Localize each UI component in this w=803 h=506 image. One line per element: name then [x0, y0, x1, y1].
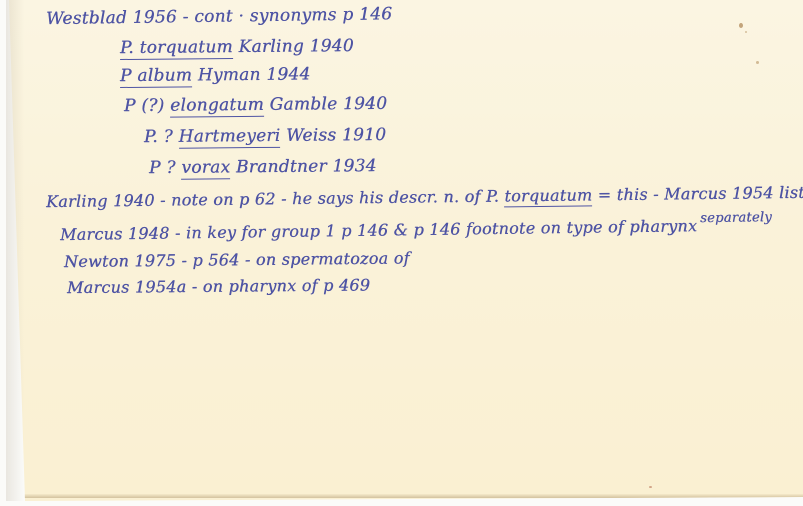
- text-segment: Karling 1940 - note on p 62 - he says hi…: [46, 186, 505, 211]
- handwritten-line-7: Karling 1940 - note on p 62 - he says hi…: [46, 182, 803, 211]
- index-card: Westblad 1956 - cont · synonyms p 146P. …: [0, 0, 803, 501]
- text-segment: Newton 1975 - p 564 - on spermatozoa of: [64, 248, 410, 271]
- text-segment: P ?: [149, 158, 182, 178]
- text-segment: Gamble 1940: [264, 94, 387, 115]
- foxing-speck: [649, 486, 652, 488]
- handwritten-line-4: P (?) elongatum Gamble 1940: [124, 94, 387, 116]
- text-segment: Brandtner 1934: [230, 156, 377, 177]
- handwritten-line-6: P ? vorax Brandtner 1934: [149, 156, 377, 178]
- foxing-speck: [756, 61, 759, 64]
- text-segment: Karling 1940: [233, 36, 354, 57]
- handwritten-line-2: P. torquatum Karling 1940: [120, 36, 354, 58]
- underlined-word: torquatum: [504, 185, 592, 207]
- handwritten-line-5: P. ? Hartmeyeri Weiss 1910: [144, 125, 386, 147]
- text-segment: Marcus 1948 - in key for group 1 p 146 &…: [60, 216, 697, 244]
- underlined-word: elongatum: [170, 95, 264, 118]
- underlined-word: P album: [120, 65, 192, 88]
- underlined-word: P. torquatum: [120, 37, 233, 60]
- foxing-speck: [739, 23, 743, 28]
- text-segment: Marcus 1954a - on pharynx of p 469: [67, 275, 370, 297]
- inserted-word: separately: [700, 210, 772, 226]
- text-segment: Weiss 1910: [280, 125, 386, 146]
- foxing-speck: [745, 31, 747, 33]
- scanned-page: Westblad 1956 - cont · synonyms p 146P. …: [0, 0, 803, 506]
- underlined-word: vorax: [181, 157, 230, 179]
- handwritten-line-1: Westblad 1956 - cont · synonyms p 146: [46, 4, 393, 29]
- handwritten-line-8: Marcus 1948 - in key for group 1 p 146 &…: [60, 215, 772, 244]
- text-segment: P. ?: [144, 127, 179, 147]
- card-bottom-edge: [22, 494, 803, 498]
- handwritten-line-10: Marcus 1954a - on pharynx of p 469: [67, 275, 370, 297]
- text-segment: Westblad 1956 - cont · synonyms p 146: [46, 4, 393, 29]
- handwritten-line-3: P album Hyman 1944: [120, 64, 311, 86]
- text-segment: = this - Marcus 1954 lists the 2: [592, 182, 803, 204]
- text-segment: Hyman 1944: [192, 64, 311, 85]
- handwritten-line-9: Newton 1975 - p 564 - on spermatozoa of: [64, 248, 410, 271]
- text-segment: P (?): [124, 96, 170, 116]
- underlined-word: Hartmeyeri: [178, 126, 280, 149]
